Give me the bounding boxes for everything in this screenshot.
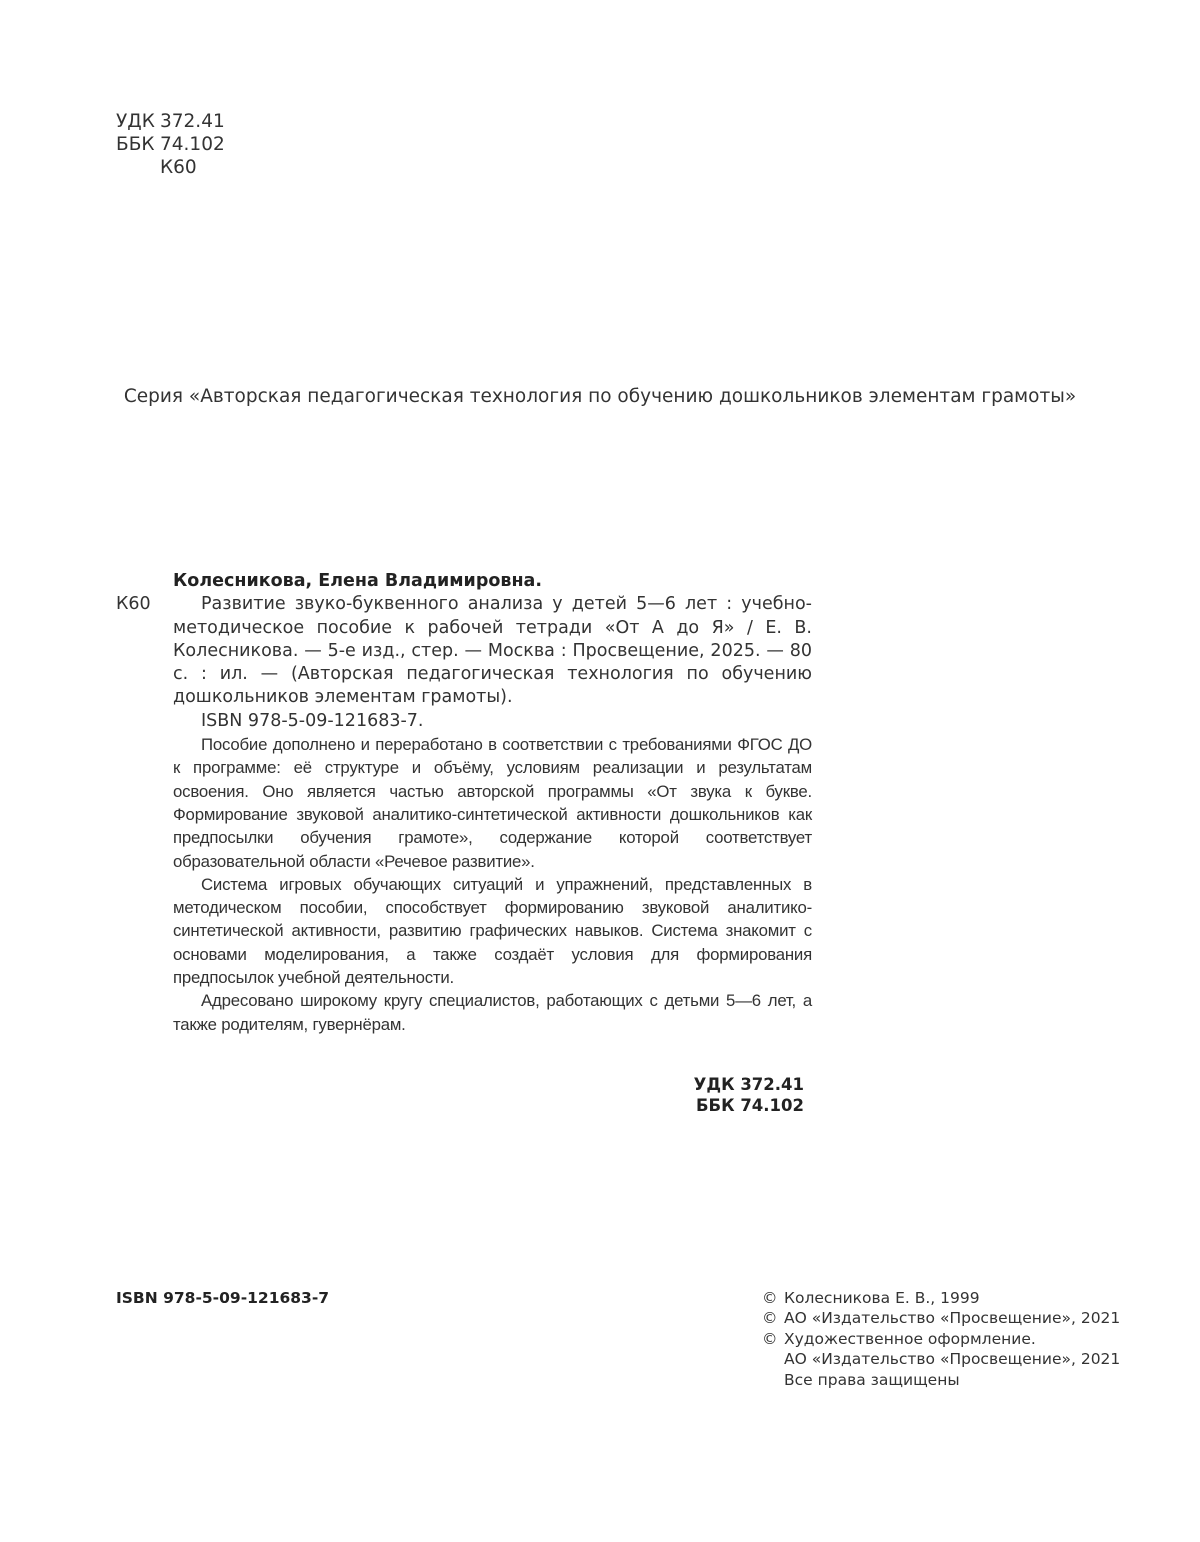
- copyright-line: Колесникова Е. В., 1999: [784, 1288, 980, 1308]
- card-annotation-1: Пособие дополнено и переработано в соотв…: [173, 733, 812, 873]
- copyright-line: АО «Издательство «Просвещение», 2021: [784, 1349, 1120, 1369]
- card-annotation-2: Система игровых обучающих ситуаций и упр…: [173, 873, 812, 989]
- bbk-label: ББК: [116, 133, 160, 156]
- card-author: Колесникова, Елена Владимировна.: [173, 570, 812, 593]
- copyright-icon: ©: [762, 1308, 784, 1328]
- card-bbk: ББК 74.102: [690, 1095, 804, 1116]
- copyright-block: ©Колесникова Е. В., 1999 ©АО «Издательст…: [762, 1288, 1120, 1390]
- series-title: Серия «Авторская педагогическая технолог…: [0, 386, 1200, 407]
- author-sign: К60: [160, 156, 197, 179]
- bbk-value: 74.102: [160, 133, 225, 156]
- copyright-line: Художественное оформление.: [784, 1329, 1036, 1349]
- card-description: Развитие звуко-буквенного анализа у дете…: [173, 593, 812, 709]
- catalog-card: Колесникова, Елена Владимировна. К60 Раз…: [116, 570, 812, 1036]
- card-udk: УДК 372.41: [690, 1074, 804, 1095]
- udk-value: 372.41: [160, 110, 225, 133]
- copyright-icon: ©: [762, 1288, 784, 1308]
- copyright-line: АО «Издательство «Просвещение», 2021: [784, 1308, 1120, 1328]
- udk-label: УДК: [116, 110, 160, 133]
- footer-isbn: ISBN 978-5-09-121683-7: [116, 1289, 329, 1307]
- rights-reserved: Все права защищены: [784, 1370, 960, 1390]
- copyright-icon: ©: [762, 1329, 784, 1349]
- classification-block: УДК372.41 ББК74.102 К60: [116, 110, 225, 179]
- card-codes: УДК 372.41 ББК 74.102: [690, 1074, 804, 1116]
- card-isbn: ISBN 978-5-09-121683-7.: [173, 710, 812, 733]
- card-annotation-3: Адресовано широкому кругу специалистов, …: [173, 989, 812, 1036]
- card-cipher: К60: [116, 593, 151, 616]
